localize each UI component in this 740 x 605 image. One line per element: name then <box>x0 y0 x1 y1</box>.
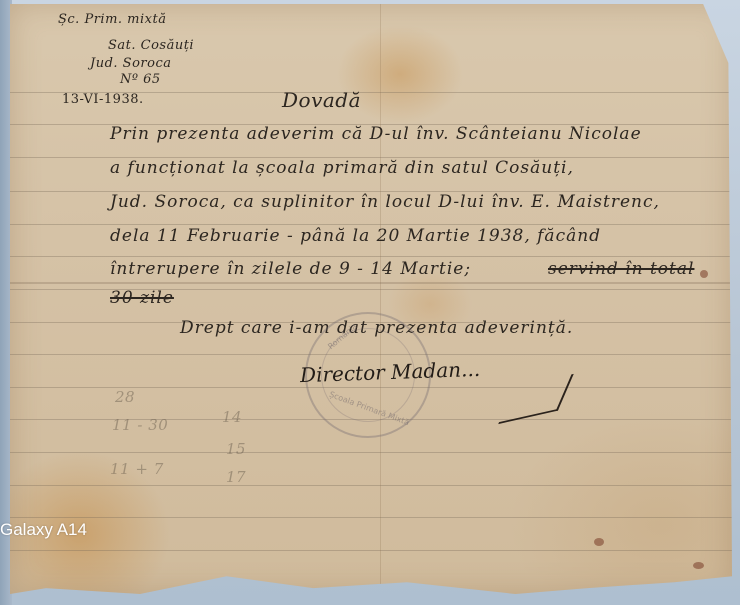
paper-fold-horizontal <box>10 282 732 284</box>
ruled-line <box>10 517 732 518</box>
body-line-2: a funcționat la școala primară din satul… <box>110 158 574 178</box>
faint-note: 15 <box>226 440 246 458</box>
faint-note: 11 + 7 <box>110 460 164 478</box>
ruled-line <box>10 256 732 257</box>
ruled-line <box>10 550 732 551</box>
body-line-3: Jud. Soroca, ca suplinitor în locul D-lu… <box>110 192 660 212</box>
signature-name: Madan... <box>391 357 481 384</box>
header-village: Sat. Cosăuți <box>108 38 194 53</box>
faint-note: 11 - 30 <box>112 416 168 434</box>
ink-spot <box>700 270 708 278</box>
header-county: Jud. Soroca <box>90 56 171 71</box>
body-line-4: dela 11 Februarie - până la 20 Martie 19… <box>110 226 601 246</box>
header-school: Șc. Prim. mixtă <box>58 12 166 27</box>
ruled-line <box>10 224 732 225</box>
ink-spot <box>693 562 704 569</box>
struck-text-total: servind în total <box>548 259 694 279</box>
faint-note: 14 <box>222 408 242 426</box>
header-number: Nº 65 <box>120 72 161 87</box>
header-date: 13-VI-1938. <box>62 92 144 107</box>
body-line-5: întrerupere în zilele de 9 - 14 Martie; <box>110 259 471 279</box>
faint-note: 28 <box>115 388 135 406</box>
signature-role: Director <box>300 360 385 387</box>
ink-spot <box>594 538 604 546</box>
struck-text-days: 30 zile <box>110 288 174 308</box>
ruled-line <box>10 485 732 486</box>
ruled-line <box>10 452 732 453</box>
body-line-1: Prin prezenta adeverim că D-ul înv. Scân… <box>110 124 642 144</box>
document-title: Dovadă <box>282 88 361 112</box>
faint-note: 17 <box>226 468 246 486</box>
camera-watermark: Galaxy A14 <box>0 520 87 540</box>
paper-fold-vertical <box>380 4 381 594</box>
